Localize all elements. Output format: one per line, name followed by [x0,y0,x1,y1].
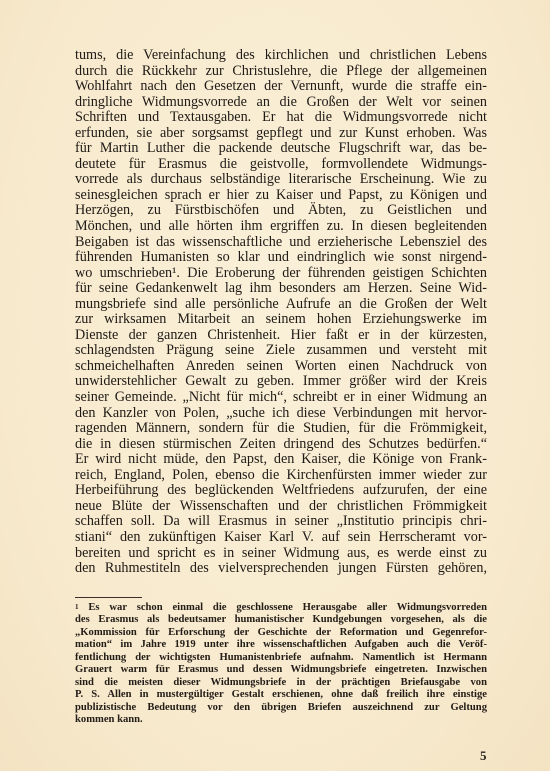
footnote-marker: 1 [75,603,79,611]
body-line: Herbeiführung des beglückenden Weltfried… [75,483,487,499]
body-line: für seine Gedankenwelt lag ihm besonders… [75,281,487,297]
body-line: schmeichelhaften Anreden seinen Worten e… [75,359,487,375]
body-line: deutete für Erasmus die geistvolle, form… [75,157,487,173]
body-line: führenden Humanisten so klar und eindrin… [75,250,487,266]
body-line: seiner Gemeinde. „Nicht für mich“, schre… [75,390,487,406]
body-line: reich, England, Polen, ebenso die Kirche… [75,468,487,484]
footnote-line-text: Es war schon einmal die geschlossene Her… [88,602,487,613]
body-line: bereiten und spricht es in seiner Widmun… [75,546,487,562]
body-line: erfunden, sie aber sorgsamst gepflegt un… [75,126,487,142]
footnote-rule [75,597,142,598]
body-line: unwiderstehlicher Gewalt zu geben. Immer… [75,374,487,390]
body-line: Dienste der ganzen Christenheit. Hier fa… [75,328,487,344]
body-line: für Martin Luther die packende deutsche … [75,141,487,157]
body-line: Beigaben ist das wissenschaftliche und e… [75,235,487,251]
body-line: den Kanzler von Polen, „suche ich diese … [75,406,487,422]
footnote-line: 1 Es war schon einmal die geschlossene H… [75,602,487,614]
body-line: stiani“ den zukünftigen Kaiser Karl V. a… [75,530,487,546]
footnote-line: kommen kann. [75,714,487,726]
footnote-line: sind die meisten dieser Widmungsbriefe i… [75,677,487,689]
body-line: ragenden Männern, sondern für die Studie… [75,421,487,437]
body-line: Wohlfahrt nach den Gesetzen der Vernunft… [75,79,487,95]
footnote-line: des Erasmus als bedeutsamer humanistisch… [75,614,487,626]
body-line: durch die Rückkehr zur Christuslehre, di… [75,64,487,80]
footnote-line: publizistische Bedeutung vor den übrigen… [75,702,487,714]
page-number: 5 [480,748,487,764]
footnote-line: mation“ im Jahre 1919 unter ihre wissens… [75,639,487,651]
body-line: wo umschrieben¹. Die Eroberung der führe… [75,266,487,282]
footnote-line: Grauert warm für Erasmus und dessen Widm… [75,664,487,676]
body-line: vorrede als durchaus selbständige litera… [75,172,487,188]
body-text: tums, die Vereinfachung des kirchlichen … [75,48,487,577]
body-line: Herzögen, zu Fürstbischöfen und Äbten, z… [75,203,487,219]
body-line: dringliche Widmungsvorrede an die Großen… [75,95,487,111]
body-line: neue Blüte der Wissenschaften und der ch… [75,499,487,515]
body-line: schaffen soll. Da will Erasmus in seiner… [75,514,487,530]
footnote-line: fentlichung der wichtigsten Humanistenbr… [75,652,487,664]
body-line: mungsbriefe sind alle persönliche Aufruf… [75,297,487,313]
footnote: 1 Es war schon einmal die geschlossene H… [75,602,487,726]
footnote-line: „Kommission für Erforschung der Geschich… [75,627,487,639]
body-line: Schriften und Textausgaben. Er hat die W… [75,110,487,126]
book-page: tums, die Vereinfachung des kirchlichen … [0,0,550,771]
body-line: die in diesen stürmischen Zeiten dringen… [75,437,487,453]
body-line: den Ruhmestiteln des vielversprechenden … [75,561,487,577]
body-line: Er wird nicht müde, den Papst, den Kaise… [75,452,487,468]
body-line: zur wirksamen Mitarbeit an seinem hohen … [75,312,487,328]
footnote-line: P. S. Allen in mustergültiger Gestalt er… [75,689,487,701]
body-line: schlagendsten Prägung seine Ziele zusamm… [75,343,487,359]
body-line: tums, die Vereinfachung des kirchlichen … [75,48,487,64]
body-line: Mönchen, und alle hörten ihm ergriffen z… [75,219,487,235]
